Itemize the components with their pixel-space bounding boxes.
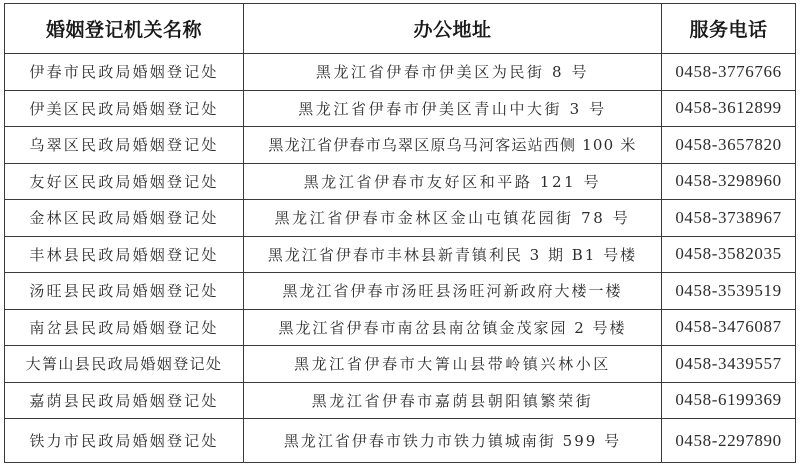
address-cell: 黑龙江省伊春市南岔县南岔镇金茂家园 2 号楼 <box>244 309 662 346</box>
phone-cell: 0458-3738967 <box>662 200 796 237</box>
office-name-cell: 嘉荫县民政局婚姻登记处 <box>5 382 244 419</box>
office-name-cell: 友好区民政局婚姻登记处 <box>5 163 244 200</box>
office-name-cell: 伊春市民政局婚姻登记处 <box>5 54 244 91</box>
address-cell: 黑龙江省伊春市伊美区青山中大街 3 号 <box>244 90 662 127</box>
phone-cell: 0458-3539519 <box>662 273 796 310</box>
phone-cell: 0458-3612899 <box>662 90 796 127</box>
office-name-cell: 伊美区民政局婚姻登记处 <box>5 90 244 127</box>
table-row: 乌翠区民政局婚姻登记处 黑龙江省伊春市乌翠区原乌马河客运站西侧 100 米 04… <box>5 127 796 164</box>
phone-cell: 0458-3439557 <box>662 346 796 383</box>
marriage-registry-table: 婚姻登记机关名称 办公地址 服务电话 伊春市民政局婚姻登记处 黑龙江省伊春市伊美… <box>4 3 796 463</box>
phone-cell: 0458-3582035 <box>662 236 796 273</box>
address-cell: 黑龙江省伊春市嘉荫县朝阳镇繁荣街 <box>244 382 662 419</box>
table-row: 南岔县民政局婚姻登记处 黑龙江省伊春市南岔县南岔镇金茂家园 2 号楼 0458-… <box>5 309 796 346</box>
address-cell: 黑龙江省伊春市大箐山县带岭镇兴林小区 <box>244 346 662 383</box>
office-name-cell: 大箐山县民政局婚姻登记处 <box>5 346 244 383</box>
phone-cell: 0458-2297890 <box>662 419 796 463</box>
header-address: 办公地址 <box>244 4 662 54</box>
table-row: 友好区民政局婚姻登记处 黑龙江省伊春市友好区和平路 121 号 0458-329… <box>5 163 796 200</box>
address-cell: 黑龙江省伊春市友好区和平路 121 号 <box>244 163 662 200</box>
table-row: 铁力市民政局婚姻登记处 黑龙江省伊春市铁力市铁力镇城南街 599 号 0458-… <box>5 419 796 463</box>
phone-cell: 0458-3776766 <box>662 54 796 91</box>
office-name-cell: 乌翠区民政局婚姻登记处 <box>5 127 244 164</box>
office-name-cell: 金林区民政局婚姻登记处 <box>5 200 244 237</box>
table-row: 汤旺县民政局婚姻登记处 黑龙江省伊春市汤旺县汤旺河新政府大楼一楼 0458-35… <box>5 273 796 310</box>
table-row: 嘉荫县民政局婚姻登记处 黑龙江省伊春市嘉荫县朝阳镇繁荣街 0458-619936… <box>5 382 796 419</box>
address-cell: 黑龙江省伊春市丰林县新青镇利民 3 期 B1 号楼 <box>244 236 662 273</box>
header-office-name: 婚姻登记机关名称 <box>5 4 244 54</box>
header-row: 婚姻登记机关名称 办公地址 服务电话 <box>5 4 796 54</box>
table-row: 丰林县民政局婚姻登记处 黑龙江省伊春市丰林县新青镇利民 3 期 B1 号楼 04… <box>5 236 796 273</box>
table-row: 伊美区民政局婚姻登记处 黑龙江省伊春市伊美区青山中大街 3 号 0458-361… <box>5 90 796 127</box>
address-cell: 黑龙江省伊春市金林区金山屯镇花园街 78 号 <box>244 200 662 237</box>
address-cell: 黑龙江省伊春市汤旺县汤旺河新政府大楼一楼 <box>244 273 662 310</box>
address-cell: 黑龙江省伊春市乌翠区原乌马河客运站西侧 100 米 <box>244 127 662 164</box>
table-row: 金林区民政局婚姻登记处 黑龙江省伊春市金林区金山屯镇花园街 78 号 0458-… <box>5 200 796 237</box>
table-row: 伊春市民政局婚姻登记处 黑龙江省伊春市伊美区为民街 8 号 0458-37767… <box>5 54 796 91</box>
phone-cell: 0458-3657820 <box>662 127 796 164</box>
table-row: 大箐山县民政局婚姻登记处 黑龙江省伊春市大箐山县带岭镇兴林小区 0458-343… <box>5 346 796 383</box>
office-name-cell: 汤旺县民政局婚姻登记处 <box>5 273 244 310</box>
phone-cell: 0458-6199369 <box>662 382 796 419</box>
office-name-cell: 南岔县民政局婚姻登记处 <box>5 309 244 346</box>
address-cell: 黑龙江省伊春市铁力市铁力镇城南街 599 号 <box>244 419 662 463</box>
phone-cell: 0458-3298960 <box>662 163 796 200</box>
phone-cell: 0458-3476087 <box>662 309 796 346</box>
header-phone: 服务电话 <box>662 4 796 54</box>
office-name-cell: 铁力市民政局婚姻登记处 <box>5 419 244 463</box>
address-cell: 黑龙江省伊春市伊美区为民街 8 号 <box>244 54 662 91</box>
office-name-cell: 丰林县民政局婚姻登记处 <box>5 236 244 273</box>
